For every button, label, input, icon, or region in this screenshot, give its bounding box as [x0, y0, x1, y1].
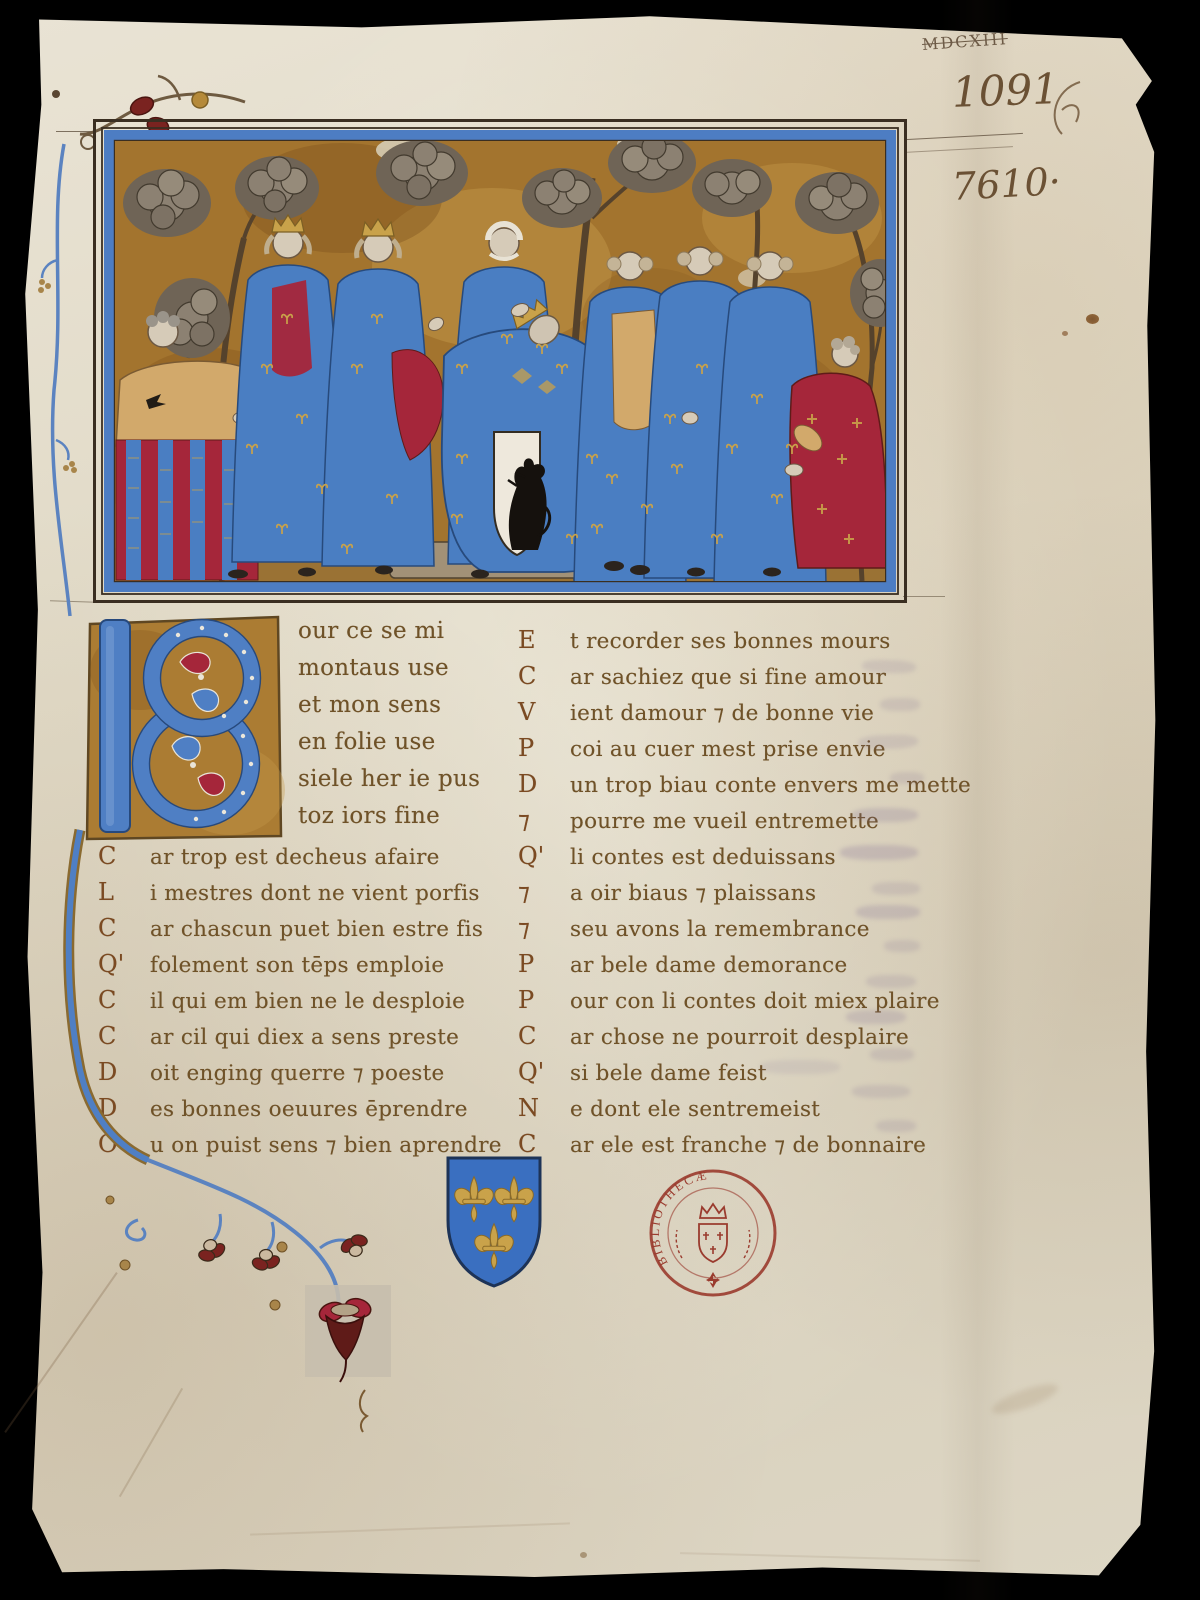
gold-berry-icon: [192, 92, 208, 108]
stamp-cross-icon: [706, 1272, 720, 1288]
verse-text: ar ele est franche ⁊ de bonnaire: [570, 1133, 926, 1158]
verse-text: ient damour ⁊ de bonne vie: [570, 701, 874, 726]
verse-initial: P: [518, 986, 570, 1014]
left-margin-vine: [30, 140, 100, 620]
verse-text: ar bele dame demorance: [570, 953, 848, 978]
verse-text: t recorder ses bonnes mours: [570, 629, 891, 654]
ivy-leaf-icon: [194, 1236, 230, 1266]
verse-initial: C: [518, 1022, 570, 1050]
tendril-curl: [126, 1220, 144, 1240]
ruling-line: [903, 596, 945, 597]
verse-text: pourre me vueil entremette: [570, 809, 879, 834]
verse-initial: P: [518, 950, 570, 978]
ivy-leaf-icon: [336, 1230, 372, 1260]
verse-initial: N: [518, 1094, 570, 1122]
france-arms-shield: [438, 1150, 550, 1292]
ivy-leaf-icon: [250, 1250, 281, 1273]
pen-flourish: [1042, 76, 1097, 148]
verse-initial: E: [518, 626, 570, 654]
verse-text: seu avons la remembrance: [570, 917, 870, 942]
verse-initial: ⁊: [518, 806, 570, 834]
ink-spot: [580, 1552, 587, 1558]
verse-line: C ar ele est franche ⁊ de bonnaire: [518, 1130, 971, 1166]
red-leaf-icon: [128, 94, 157, 119]
verse-initial: D: [518, 770, 570, 798]
verse-initial: ⁊: [518, 914, 570, 942]
ink-spot: [1062, 331, 1068, 336]
verse-line: E t recorder ses bonnes mours: [518, 626, 971, 662]
verse-text: li contes est deduissans: [570, 845, 836, 870]
bibliotheca-regia-stamp: BIBLIOTHECÆ · REGIÆ ·: [642, 1162, 784, 1304]
stamp-crowned-arms-icon: [676, 1204, 750, 1262]
verse-initial: V: [518, 698, 570, 726]
verse-initial: C: [518, 662, 570, 690]
verse-text: coi au cuer mest prise envie: [570, 737, 886, 762]
margin-vine-flourish: [20, 560, 450, 1460]
ink-spot: [1086, 314, 1099, 324]
verse-text: e dont ele sentremeist: [570, 1097, 820, 1122]
verse-initial: ⁊: [518, 878, 570, 906]
verse-initial: P: [518, 734, 570, 762]
miniature-painting: [92, 118, 908, 604]
verse-initial: Q': [518, 1058, 570, 1086]
verse-text: ar chose ne pourroit desplaire: [570, 1025, 909, 1050]
fold-shadow: [940, 0, 1015, 1600]
verse-text: ar sachiez que si fine amour: [570, 665, 886, 690]
pen-squiggle: [360, 1390, 367, 1432]
verse-initial: Q': [518, 842, 570, 870]
verse-text: a oir biaus ⁊ plaissans: [570, 881, 816, 906]
manuscript-page-scan: MDCXIII 1091 7610·: [0, 0, 1200, 1600]
verse-text: si bele dame feist: [570, 1061, 767, 1086]
